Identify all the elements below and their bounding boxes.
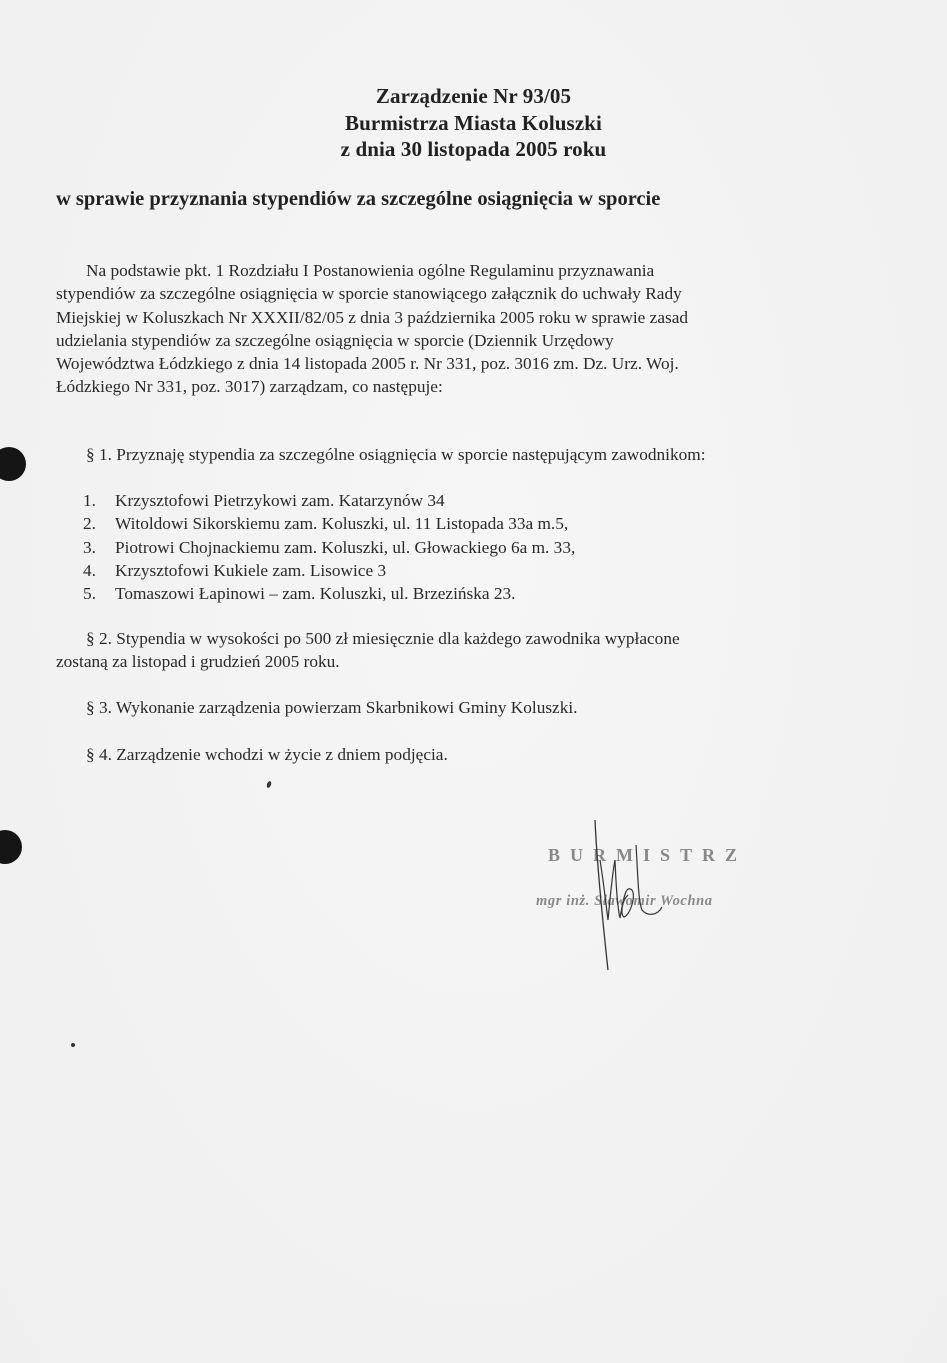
list-text: Witoldowi Sikorskiemu zam. Koluszki, ul.… <box>115 514 568 533</box>
scan-speck <box>71 1043 75 1047</box>
section-4: § 4. Zarządzenie wchodzi w życie z dniem… <box>56 743 796 766</box>
scanned-page: Zarządzenie Nr 93/05 Burmistrza Miasta K… <box>0 0 947 1363</box>
preamble-line: udzielania stypendiów za szczególne osią… <box>56 329 796 352</box>
preamble-line: Łódzkiego Nr 331, poz. 3017) zarządzam, … <box>56 375 796 398</box>
punch-hole <box>0 447 26 481</box>
section-1-text: § 1. Przyznaję stypendia za szczególne o… <box>56 443 796 466</box>
header-line-1: Zarządzenie Nr 93/05 <box>0 83 947 110</box>
list-item: 5.Tomaszowi Łapinowi – zam. Koluszki, ul… <box>83 582 575 605</box>
list-text: Piotrowi Chojnackiemu zam. Koluszki, ul.… <box>115 538 575 557</box>
list-text: Krzysztofowi Pietrzykowi zam. Katarzynów… <box>115 491 445 510</box>
section-2: § 2. Stypendia w wysokości po 500 zł mie… <box>56 627 796 674</box>
preamble-paragraph: Na podstawie pkt. 1 Rozdziału I Postanow… <box>56 259 796 399</box>
section-2-line: zostaną za listopad i grudzień 2005 roku… <box>56 650 796 673</box>
recipient-list: 1.Krzysztofowi Pietrzykowi zam. Katarzyn… <box>83 489 575 605</box>
section-4-text: § 4. Zarządzenie wchodzi w życie z dniem… <box>56 743 796 766</box>
list-number: 4. <box>83 559 115 582</box>
preamble-line: Na podstawie pkt. 1 Rozdziału I Postanow… <box>56 259 796 282</box>
scan-speck <box>266 781 272 789</box>
list-item: 2.Witoldowi Sikorskiemu zam. Koluszki, u… <box>83 512 575 535</box>
section-2-line: § 2. Stypendia w wysokości po 500 zł mie… <box>56 627 796 650</box>
document-subject: w sprawie przyznania stypendiów za szcze… <box>56 188 660 211</box>
document-header: Zarządzenie Nr 93/05 Burmistrza Miasta K… <box>0 83 947 163</box>
handwritten-signature <box>580 815 690 975</box>
header-line-2: Burmistrza Miasta Koluszki <box>0 110 947 137</box>
preamble-line: Województwa Łódzkiego z dnia 14 listopad… <box>56 352 796 375</box>
list-number: 5. <box>83 582 115 605</box>
section-1: § 1. Przyznaję stypendia za szczególne o… <box>56 443 796 466</box>
section-3: § 3. Wykonanie zarządzenia powierzam Ska… <box>56 696 796 719</box>
list-number: 2. <box>83 512 115 535</box>
list-item: 3.Piotrowi Chojnackiemu zam. Koluszki, u… <box>83 536 575 559</box>
list-item: 4.Krzysztofowi Kukiele zam. Lisowice 3 <box>83 559 575 582</box>
list-number: 3. <box>83 536 115 559</box>
punch-hole <box>0 830 22 864</box>
list-text: Tomaszowi Łapinowi – zam. Koluszki, ul. … <box>115 584 516 603</box>
list-number: 1. <box>83 489 115 512</box>
header-line-3: z dnia 30 listopada 2005 roku <box>0 136 947 163</box>
preamble-line: Miejskiej w Koluszkach Nr XXXII/82/05 z … <box>56 306 796 329</box>
list-text: Krzysztofowi Kukiele zam. Lisowice 3 <box>115 561 386 580</box>
list-item: 1.Krzysztofowi Pietrzykowi zam. Katarzyn… <box>83 489 575 512</box>
preamble-line: stypendiów za szczególne osiągnięcia w s… <box>56 282 796 305</box>
section-3-text: § 3. Wykonanie zarządzenia powierzam Ska… <box>56 696 796 719</box>
